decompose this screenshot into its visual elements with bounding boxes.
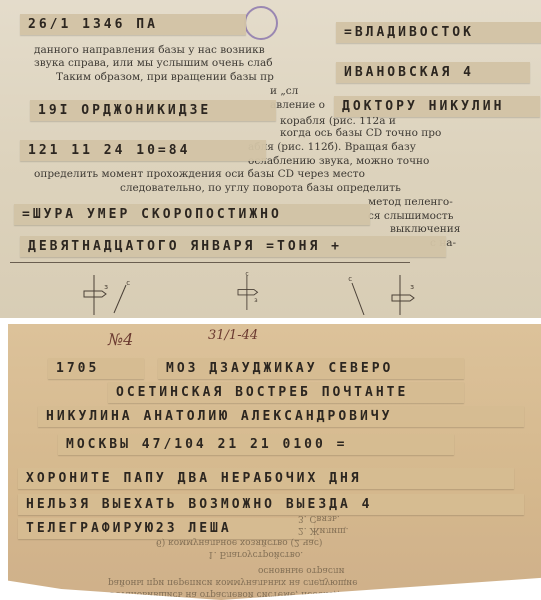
svg-text:с: с bbox=[126, 279, 130, 287]
telegram-line: 26/1 1346 ПА bbox=[20, 14, 246, 35]
telegram-line: 1705 bbox=[48, 358, 144, 379]
telegram-line: НЕЛЬЗЯ ВЫЕХАТЬ ВОЗМОЖНО ВЫЕЗДА 4 bbox=[18, 494, 524, 515]
book-text-line: ослаблению звука, можно точно bbox=[248, 155, 429, 168]
mirrored-text-line: районы при переписи коммунальных на след… bbox=[108, 576, 358, 588]
mirrored-text-line: 6) коммунальное хозяйство (2 час) bbox=[156, 536, 322, 548]
mirrored-text-line: основные отрасли bbox=[258, 564, 345, 576]
svg-text:с: с bbox=[348, 275, 352, 283]
book-text-line: определить момент прохождения оси базы C… bbox=[34, 168, 365, 181]
telegram-line: ОСЕТИНСКАЯ ВОСТРЕБ ПОЧТАНТЕ bbox=[108, 382, 464, 403]
book-text-line: Таким образом, при вращении базы пр bbox=[56, 71, 274, 84]
book-text-line: когда ось базы CD точно про bbox=[280, 127, 441, 140]
telegram-sheet-1: данного направления базы у нас возникв з… bbox=[0, 0, 541, 318]
mirrored-text-line: 1. Благоустройство. bbox=[208, 548, 303, 560]
telegram-line: =ШУРА УМЕР СКОРОПОСТИЖНО bbox=[14, 204, 370, 225]
svg-text:с: с bbox=[245, 270, 249, 277]
telegram-line: НИКУЛИНА АНАТОЛИЮ АЛЕКСАНДРОВИЧУ bbox=[38, 406, 524, 427]
telegram-line: МОЗ ДЗАУДЖИКАУ СЕВЕРО bbox=[158, 358, 464, 379]
book-text-line: выключения bbox=[390, 223, 460, 236]
telegram-line: ДЕВЯТНАДЦАТОГО ЯНВАРЯ =ТОНЯ + bbox=[20, 236, 446, 257]
book-text-line: абля (рис. 112б). Вращая базу bbox=[248, 141, 416, 154]
purple-stamp-mark bbox=[244, 6, 278, 40]
telegram-line: ХОРОНИТЕ ПАПУ ДВА НЕРАБОЧИХ ДНЯ bbox=[18, 468, 514, 489]
telegram-line: =ВЛАДИВОСТОК bbox=[336, 22, 541, 43]
mirrored-text-line: 3. Связь. bbox=[298, 512, 340, 524]
figure-diagram: с з bbox=[234, 270, 274, 310]
telegram-line: 19І ОРДЖОНИКИДЗЕ bbox=[30, 100, 276, 121]
telegram-line: ДОКТОРУ НИКУЛИН bbox=[334, 96, 540, 117]
figure-diagram: з с bbox=[80, 275, 140, 315]
svg-text:з: з bbox=[410, 283, 414, 291]
book-text-line: авление о bbox=[270, 99, 325, 112]
divider-line bbox=[10, 262, 410, 263]
book-text-line: данного направления базы у нас возникв bbox=[34, 44, 265, 57]
handwritten-date: 31/1-44 bbox=[208, 328, 258, 343]
handwritten-number: №4 bbox=[108, 330, 133, 349]
telegram-line: МОСКВЫ 47/104 21 21 0100 = bbox=[58, 434, 454, 455]
telegram-line: ИВАНОВСКАЯ 4 bbox=[336, 62, 530, 83]
book-text-line: метод пеленго- bbox=[368, 196, 453, 209]
book-text-line: и „сл bbox=[270, 85, 298, 98]
mirrored-text-line: Остановившись на отраслевой системе, нео… bbox=[108, 588, 358, 600]
book-text-line: следовательно, по углу поворота базы опр… bbox=[120, 182, 401, 195]
figure-diagram: с з bbox=[344, 275, 424, 315]
book-text-line: звука справа, или мы услышим очень слаб bbox=[34, 57, 273, 70]
mirrored-text-line: 2. Жилищ. bbox=[298, 524, 349, 536]
telegram-line: 121 11 24 10=84 bbox=[20, 140, 266, 161]
svg-text:з: з bbox=[104, 283, 108, 291]
book-text-line: ся слышимость bbox=[368, 210, 453, 223]
telegram-sheet-2: №4 31/1-44 1705 МОЗ ДЗАУДЖИКАУ СЕВЕРО ОС… bbox=[8, 324, 541, 600]
svg-text:з: з bbox=[254, 297, 258, 304]
